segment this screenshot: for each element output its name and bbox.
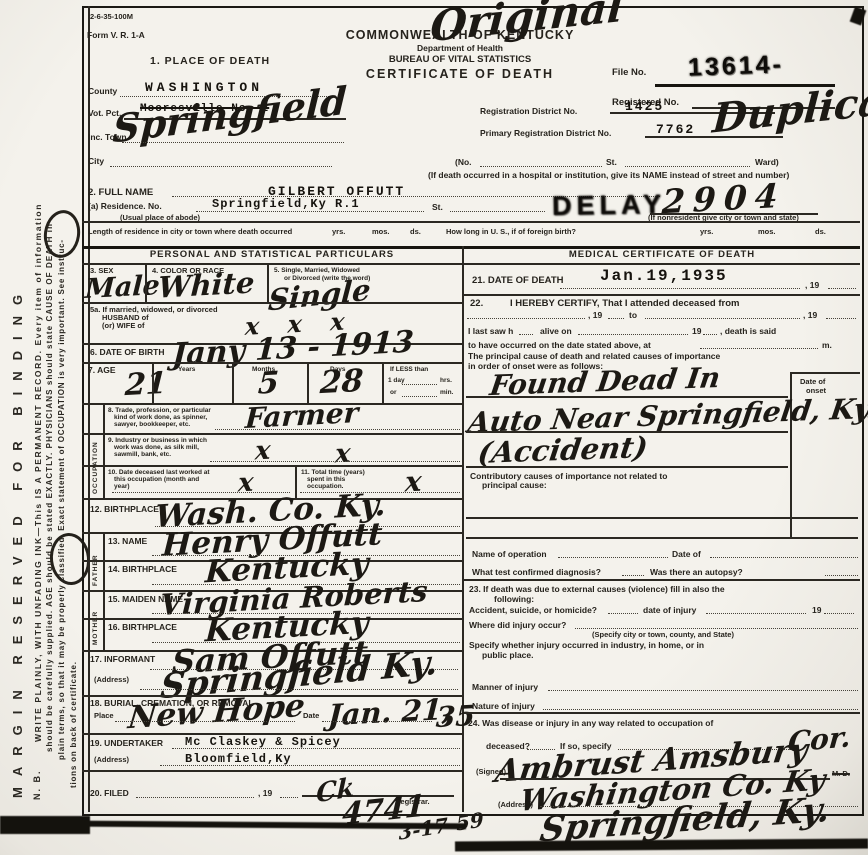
city-no-label: (No. [455,158,472,167]
operation-dateof-label: Date of [672,550,701,559]
lastsaw-text: I last saw h [468,327,513,336]
dob-label: 6. DATE OF BIRTH [90,348,164,357]
dod-line [560,288,800,289]
filed-label: 20. FILED [90,789,129,798]
city-ward-label: Ward) [755,158,779,167]
us-yrs: yrs. [700,228,713,236]
bottom-mid-line [84,821,466,830]
death-certificate-scan: MARGIN RESERVED FOR BINDING N. B. WRITE … [0,0,868,855]
age-label: 7. AGE [88,366,116,375]
residence-line [196,211,424,212]
nature-line [543,709,858,710]
manner-label: Manner of injury [472,683,538,692]
onset-label-line1: Date of [800,378,825,386]
undertaker-line [172,748,460,749]
length-ds: ds. [410,228,421,236]
cause-rule3 [466,466,788,468]
bureau-subtitle: BUREAU OF VITAL STATISTICS [300,55,620,65]
trade-label-line3: sawyer, bookkeeper, etc. [114,421,190,428]
file-no-label: File No. [612,68,646,78]
certify-from-line [467,318,585,319]
margin-note-line3: plain terms, so that it may be properly … [57,239,66,760]
row21-bottom [464,294,860,296]
burial-date-value: Jan. 21, [327,695,453,731]
bottom-right-bar [455,839,868,852]
race-value: White [157,268,255,302]
injurydate-label: date of injury [643,606,696,615]
age-div1 [152,362,154,403]
row345-bottom [82,302,463,304]
occupation-vertical-label: OCCUPATION [92,441,99,494]
bottom-left-bar [0,816,90,834]
form-number: Form V. R. 1-A [87,31,145,40]
burial-date-line [322,721,432,722]
age-div2 [232,362,234,403]
residence-st-line [450,211,545,212]
undertaker-value: Mc Claskey & Spicey [185,735,341,749]
age-min-label: min. [440,389,453,396]
father-name-label: 13. NAME [108,537,147,546]
operation-label: Name of operation [472,550,547,559]
birthplace-label: 12. BIRTHPLACE [90,505,159,514]
age-ifless-label1: If LESS than [390,366,428,373]
print-code: 2-6-35-100M [90,13,133,21]
row6-bottom [82,362,463,364]
city-line [110,166,332,167]
external-text2: following: [494,595,534,604]
nature-label: Nature of injury [472,702,535,711]
filed-line [136,797,254,798]
occurred-line [700,348,818,349]
test-row-rule [464,579,860,581]
marital-label-line1: 5. Single, Married, Widowed [274,267,360,274]
place-of-death-section: 1. PLACE OF DEATH [150,56,270,68]
nature-rule [464,712,860,714]
residence-value: Springfield,Ky R.1 [212,197,360,211]
city-st-label: St. [606,158,617,167]
certify-19b: , 19 [803,311,817,320]
row8-bottom [82,433,463,435]
age-or-label: or [390,389,397,396]
undertaker-addr-line [160,765,460,766]
reg-district-label: Registration District No. [480,107,577,116]
external-text1: 23. If death was due to external causes … [469,585,725,594]
manner-line [548,690,858,691]
age-min-line [402,396,437,397]
certify-19a: , 19 [588,311,602,320]
undertaker-addr-label: (Address) [94,756,129,764]
sex-race-divider [145,264,147,302]
age-hrs-line [402,384,437,385]
mother-strip-line [103,590,105,650]
column-header-underline [82,263,860,265]
personal-column-header: PERSONAL AND STATISTICAL PARTICULARS [82,250,462,260]
city-no-line [480,166,602,167]
filed-19-label: , 19 [258,789,272,798]
where-line [575,628,858,629]
undertaker-label: 19. UNDERTAKER [90,739,163,748]
certify-text: I HEREBY CERTIFY, That I attended deceas… [510,299,739,309]
deathsaid-text: , death is said [720,327,776,336]
age-years-value: 21 [124,369,167,401]
age-years-label: Years [178,366,195,373]
age-div3 [307,362,309,403]
aliveon-line [578,334,688,335]
dod-19-label: , 19 [805,281,819,290]
medical-column-header: MEDICAL CERTIFICATE OF DEATH [464,250,860,260]
onset-box-top [790,372,860,374]
deceased-label: deceased? [486,742,530,751]
undertaker-addr-value: Bloomfield,Ky [185,752,292,766]
certify-to-line [645,318,800,319]
primary-reg-value: 7762 [656,122,695,137]
certify-no: 22. [470,299,483,309]
test-label: What test confirmed diagnosis? [472,568,601,577]
operation-date-line [710,557,858,558]
certify-19b-line [826,318,856,319]
contributory-rule1 [466,517,858,519]
race-marital-divider [267,264,269,302]
delay-line [650,213,818,215]
margin-note-line4: tions on back of certificate. [69,661,78,788]
industry-label-line3: sawmill, bank, etc. [114,451,171,458]
autopsy-line [825,575,858,576]
length-yrs: yrs. [332,228,345,236]
margin-note-line2: should be carefully supplied. AGE should… [45,223,54,752]
informant-label: 17. INFORMANT [90,655,155,664]
burial-place-label: Place [94,712,114,720]
contributory-text2: principal cause: [482,481,547,490]
lastsaw-19: 19 [692,327,701,336]
margin-nb: N. B. [32,769,42,800]
specify-text2: public place. [482,651,534,660]
industry-x2: x [334,441,351,468]
accident-line [608,613,638,614]
occurred-text: to have occurred on the date stated abov… [468,341,651,350]
city-st-line [625,166,750,167]
full-name-label: 2. FULL NAME [88,188,153,198]
margin-note-line1: WRITE PLAINLY, WITH UNFADING INK—This IS… [33,203,43,742]
mother-vertical-label: MOTHER [92,611,99,645]
injurydate-line [706,613,806,614]
residence-st-label: St. [432,203,443,212]
cause-line1: Found Dead In [488,364,722,400]
trade-value: Farmer [244,399,359,433]
dod-value: Jan.19,1935 [600,267,728,285]
aliveon-text: alive on [540,327,572,336]
form-left-inner-line [88,6,90,812]
md-label: M. D. [832,770,850,778]
dod-label: 21. DATE OF DEATH [472,276,564,286]
mother-bp-label: 16. BIRTHPLACE [108,623,177,632]
row19-bottom [82,770,463,772]
sex-value: Male [84,272,160,303]
occupation-strip-line [103,403,105,498]
injurydate-19: 19 [812,606,821,615]
operation-line [558,557,668,558]
certify-19a-line [608,318,624,319]
length-row-top-line [82,221,860,223]
lastsaw-h-line [519,334,533,335]
margin-binding-text: MARGIN RESERVED FOR BINDING [10,284,25,798]
dod-19-line [828,288,856,289]
us-mos: mos. [758,228,776,236]
certificate-title: CERTIFICATE OF DEATH [300,68,620,82]
age-days-value: 28 [319,366,364,399]
principal-text1: The principal cause of death and related… [468,352,720,361]
informant-addr-label: (Address) [94,676,129,684]
filed-19-line [280,797,298,798]
lastworked-label-line3: year) [114,483,130,490]
age-div4 [382,362,384,403]
husband-label-line3: (or) WIFE of [102,322,145,330]
residence-label: (a) Residence. No. [88,202,162,211]
city-label: City [88,157,104,166]
length-note: Length of residence in city or town wher… [88,228,292,236]
occupation-related-text: 24. Was disease or injury in any way rel… [468,719,713,728]
accident-label: Accident, suicide, or homicide? [469,606,597,615]
age-hrs-label: hrs. [440,377,452,384]
certify-to: to [629,311,637,320]
us-length-note: How long in U. S., if of foreign birth? [446,228,576,236]
specify-note: (Specify city or town, county, and State… [592,631,734,639]
where-label: Where did injury occur? [469,621,566,630]
length-mos: mos. [372,228,390,236]
injurydate-19-line [824,613,854,614]
primary-reg-label: Primary Registration District No. [480,129,611,138]
age-months-value: 5 [257,368,279,399]
cause-line3: (Accident) [476,433,649,468]
trade-line [215,429,460,430]
burial-place-line [115,721,295,722]
autopsy-label: Was there an autopsy? [650,568,743,577]
test-line [622,575,644,576]
m-label: m. [822,341,832,350]
father-bp-label: 14. BIRTHPLACE [108,565,177,574]
delay-stamp: DELAY [552,189,667,222]
county-label: County [88,87,117,96]
contributory-rule2 [466,537,858,539]
specify-text1: Specify whether injury occurred in indus… [469,641,704,650]
file-no-value: 13614- [688,50,785,82]
burial-date-label: Date [303,712,319,720]
industry-line [210,461,460,462]
us-ds: ds. [815,228,826,236]
lastsaw-19-line [703,334,717,335]
inc-town-line [122,142,344,143]
